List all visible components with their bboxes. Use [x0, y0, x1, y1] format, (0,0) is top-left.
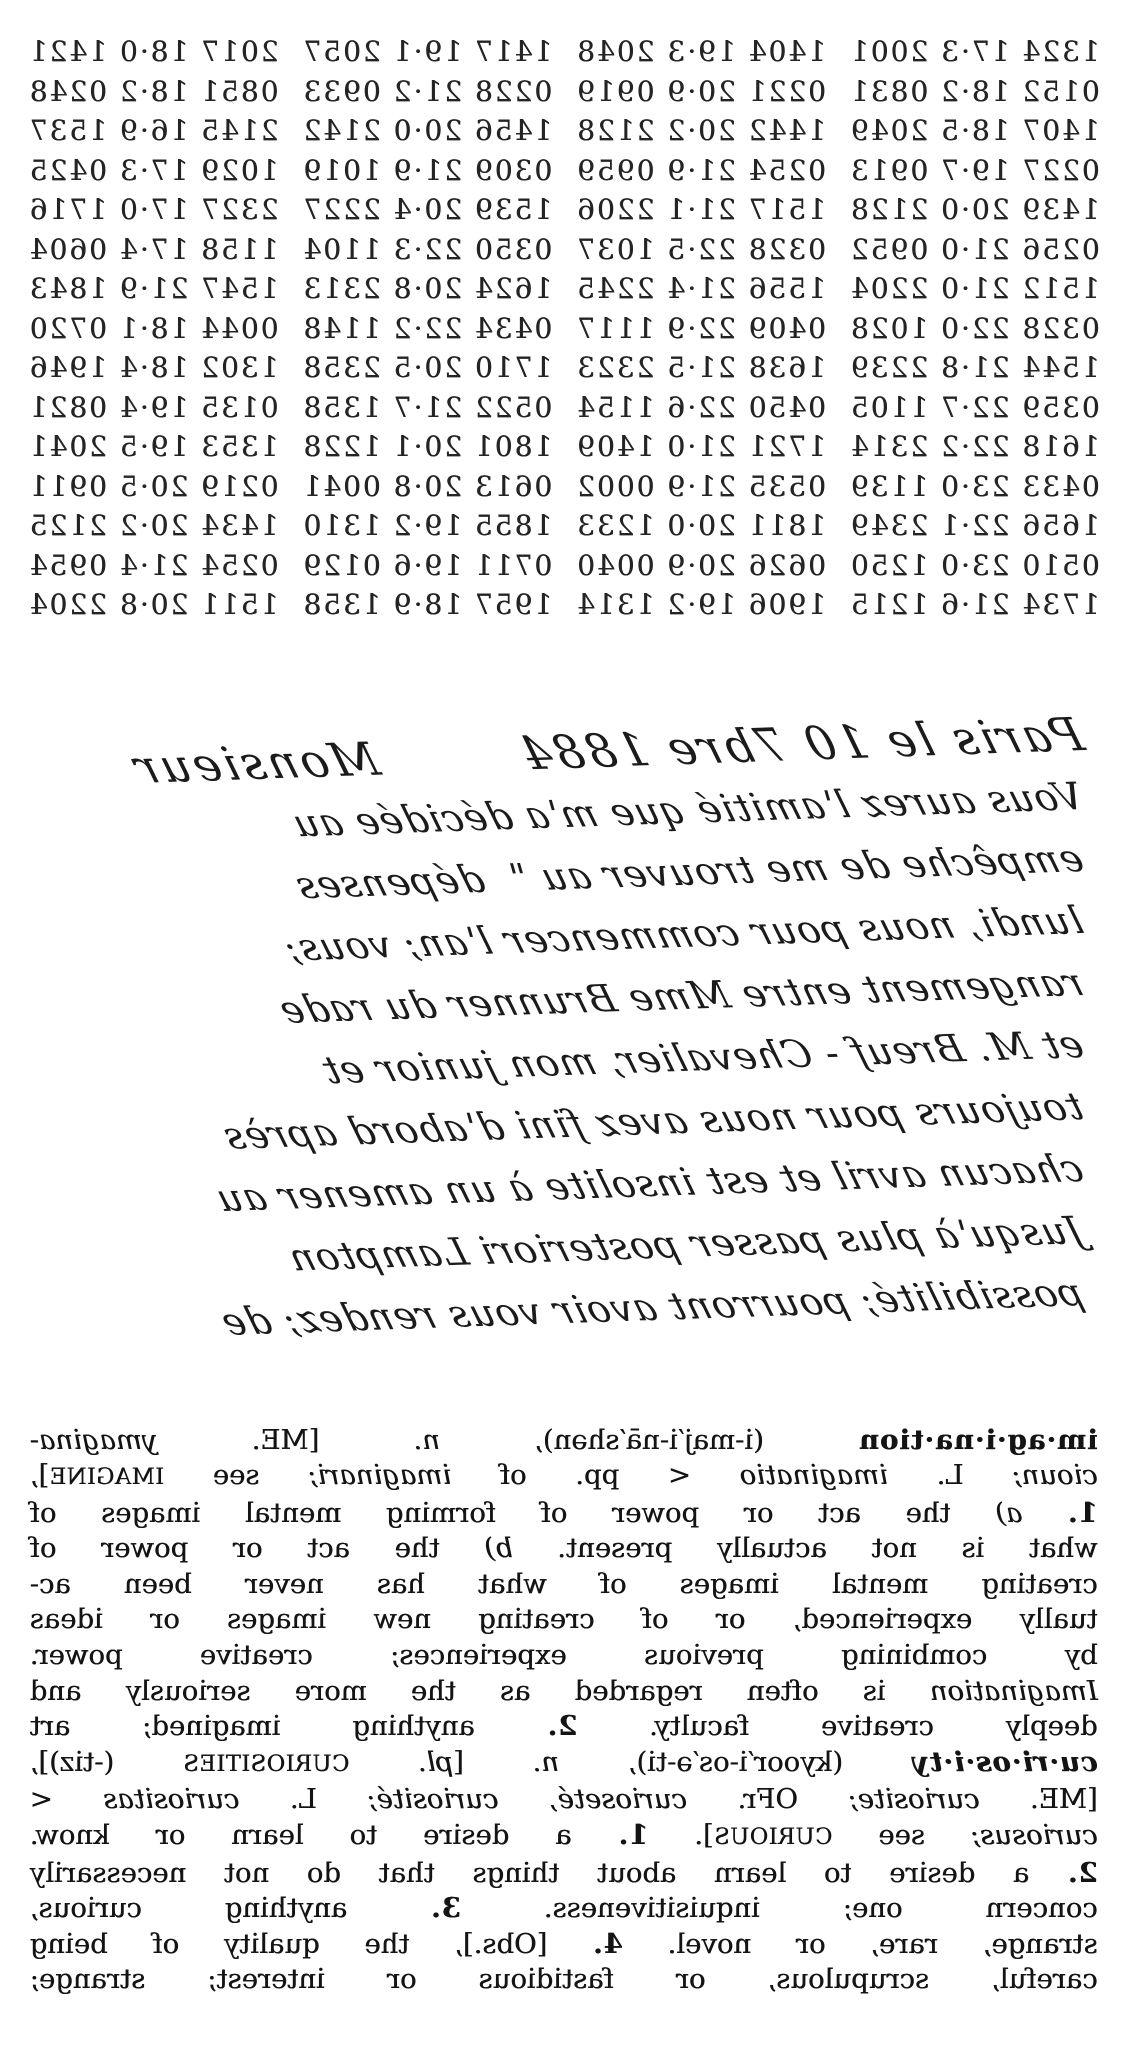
number-cell: 1656 [1021, 506, 1100, 546]
number-cell: 2327 [200, 190, 279, 230]
number-row: 015218·20831022120·90919022821·209330851… [28, 72, 1100, 112]
number-cell: 21·7 [392, 388, 462, 428]
dictionary-line: cioun; L. imaginatio < pp. of imaginari;… [30, 1458, 1098, 1496]
dictionary-segment: imaginari; [308, 1459, 451, 1491]
number-row: 022719·70913025421·90959030921·910191029… [28, 151, 1100, 191]
dictionary-segment: deeply creative faculty. [578, 1710, 1098, 1742]
number-cell: 22·7 [939, 388, 1009, 428]
dictionary-segment: cioun; [1013, 1459, 1098, 1491]
number-cell: 1154 [575, 388, 654, 428]
number-cell: 1324 [1021, 32, 1100, 72]
number-cell: 1233 [575, 506, 654, 546]
number-cell: 19·1 [392, 32, 462, 72]
dictionary-segment: by combining previous experiences; creat… [30, 1639, 1098, 1671]
number-cell: 2206 [575, 190, 654, 230]
dictionary-segment: < [30, 1783, 104, 1815]
number-cell: 0720 [28, 309, 107, 349]
number-cell: 1028 [849, 309, 928, 349]
number-cell: 0522 [473, 388, 552, 428]
number-cell: 22·2 [939, 427, 1009, 467]
number-cell: 22·0 [939, 309, 1009, 349]
number-cell: 21·0 [939, 269, 1009, 309]
number-row: 165622·12349181120·01233185519·213101434… [28, 506, 1100, 546]
number-cell: 21·9 [666, 467, 736, 507]
number-cell: 1353 [200, 427, 279, 467]
number-cell: 1407 [1021, 111, 1100, 151]
dictionary-segment: strange, rare, or novel. [623, 1928, 1098, 1960]
number-row: 132417·32001140419·32048141719·120572017… [28, 32, 1100, 72]
number-cell: 21·9 [392, 151, 462, 191]
number-cell: 0221 [747, 72, 826, 112]
dictionary-segment: curiositas [104, 1783, 240, 1815]
dictionary-segment: 2. [1067, 1857, 1098, 1889]
number-row: 043323·01139053521·90002061320·800410219… [28, 467, 1100, 507]
number-row: 154421·82239163821·52323171020·523581302… [28, 348, 1100, 388]
number-cell: 17·4 [118, 230, 188, 270]
number-cell: 0328 [747, 230, 826, 270]
number-cell: 2358 [302, 348, 381, 388]
dictionary-segment: [ [453, 1746, 532, 1778]
number-cell: 0450 [747, 388, 826, 428]
dictionary-line: careful, scrupulous, or fastidious or in… [30, 1962, 1098, 1998]
number-cell: 2057 [302, 32, 381, 72]
dictionary-segment: (kyoor′i-os′ə-ti), [559, 1746, 912, 1778]
number-cell: 19·2 [666, 585, 736, 625]
number-cell: 17·3 [939, 32, 1009, 72]
handwritten-letter: Paris le 10 7bre 1884 MonsieurVous aurez… [0, 625, 1128, 1323]
number-cell: 1148 [302, 309, 381, 349]
number-cell: 21·2 [392, 72, 462, 112]
number-cell: 20·2 [666, 111, 736, 151]
number-cell: 20·8 [118, 585, 188, 625]
dictionary-segment: a) [996, 1497, 1023, 1529]
number-cell: 1358 [302, 388, 381, 428]
number-cell: 1117 [575, 309, 654, 349]
dictionary-segment: n. [414, 1424, 440, 1456]
number-cell: 1957 [473, 585, 552, 625]
dictionary-segment: the act or power of forming mental image… [30, 1497, 996, 1529]
number-row: 161822·22314172121·01409180120·112281353… [28, 427, 1100, 467]
dictionary-segment: see [833, 1819, 972, 1851]
dictionary-segment: careful, scrupulous, or fastidious or in… [30, 1963, 1098, 1995]
number-cell: 2142 [302, 111, 381, 151]
dictionary-line: tually experienced, or of creating new i… [30, 1602, 1098, 1638]
number-cell: 18·5 [939, 111, 1009, 151]
dictionary-segment: < pp. of [451, 1459, 740, 1491]
number-cell: 1547 [200, 269, 279, 309]
number-cell: 17·3 [118, 151, 188, 191]
number-cell: 1946 [28, 348, 107, 388]
number-cell: 20·0 [392, 111, 462, 151]
dictionary-line: creating mental images of what has never… [30, 1567, 1098, 1603]
dictionary-segment: curioseté, curiosité; [368, 1783, 688, 1815]
number-cell: 1556 [747, 269, 826, 309]
number-cell: 0433 [1021, 467, 1100, 507]
dictionary-line: what is not actually present. b) the act… [30, 1531, 1098, 1567]
number-cell: 1801 [473, 427, 552, 467]
number-cell: 2128 [575, 111, 654, 151]
number-cell: 2204 [28, 585, 107, 625]
dictionary-line: concern one; inquisitiveness. 3. anythin… [30, 1891, 1098, 1927]
number-cell: 1439 [1021, 190, 1100, 230]
dictionary-segment: 1. [618, 1819, 649, 1851]
number-cell: 0350 [473, 230, 552, 270]
scanned-document-page: 132417·32001140419·32048141719·120572017… [0, 0, 1128, 2048]
dictionary-segment: im·ag·i·na·tion [858, 1424, 1098, 1456]
dictionary-segment: a desire to learn about things that do n… [30, 1857, 1067, 1889]
number-cell: 1624 [473, 269, 552, 309]
dictionary-segment: [ME. [980, 1783, 1098, 1815]
dictionary-segment: CURIOSITIES [183, 1751, 349, 1777]
dictionary-segment: Imagination [930, 1675, 1098, 1707]
number-cell: 1250 [849, 546, 928, 586]
number-cell: 1906 [747, 585, 826, 625]
number-cell: 1105 [849, 388, 928, 428]
number-row: 051023·01250062620·90040071119·601290254… [28, 546, 1100, 586]
number-cell: 22·5 [666, 230, 736, 270]
number-cell: 2048 [575, 32, 654, 72]
number-cell: 1158 [200, 230, 279, 270]
number-cell: 20·2 [118, 506, 188, 546]
number-cell: 0002 [575, 467, 654, 507]
number-cell: 21·1 [666, 190, 736, 230]
number-cell: 23·0 [939, 546, 1009, 586]
number-row: 173421·61215190619·21314195718·913581511… [28, 585, 1100, 625]
number-cell: 0248 [28, 72, 107, 112]
number-cell: 1434 [200, 506, 279, 546]
dictionary-segment: anything imagined; art [30, 1710, 547, 1742]
number-cell: 2128 [849, 190, 928, 230]
number-cell: 1811 [747, 506, 826, 546]
dictionary-segment: 1. [1067, 1497, 1098, 1529]
dictionary-segment: IMAGINE [50, 1464, 165, 1490]
number-cell: 21·8 [939, 348, 1009, 388]
number-cell: 2125 [28, 506, 107, 546]
dictionary-segment: L. [888, 1459, 1012, 1491]
dictionary-segment: 4. [592, 1928, 623, 1960]
number-cell: 18·9 [392, 585, 462, 625]
dictionary-segment: (i-maj′i-nā′shən), [440, 1424, 858, 1456]
dictionary-segment: cu·ri·os·i·ty [912, 1746, 1098, 1778]
number-cell: 2245 [575, 269, 654, 309]
number-cell: 22·1 [939, 506, 1009, 546]
number-cell: 21·0 [939, 230, 1009, 270]
dictionary-segment: [Obs.], the quality of being [30, 1928, 592, 1960]
number-cell: 21·9 [666, 151, 736, 191]
number-cell: 21·4 [666, 269, 736, 309]
number-cell: 22·2 [392, 309, 462, 349]
number-cell: 0851 [200, 72, 279, 112]
number-cell: 0919 [575, 72, 654, 112]
number-cell: 20·9 [666, 72, 736, 112]
number-cell: 2049 [849, 111, 928, 151]
dictionary-column: im·ag·i·na·tion (i-maj′i-nā′shən), n. [M… [0, 1323, 1128, 1999]
number-cell: 1537 [28, 111, 107, 151]
dictionary-segment: anything curious, [30, 1892, 430, 1924]
number-cell: 0129 [302, 546, 381, 586]
mirrored-scan: 132417·32001140419·32048141719·120572017… [0, 0, 1128, 2048]
number-cell: 1314 [575, 585, 654, 625]
number-cell: 1855 [473, 506, 552, 546]
number-cell: 0256 [1021, 230, 1100, 270]
number-cell: 19·6 [392, 546, 462, 586]
number-cell: 23·0 [939, 467, 1009, 507]
number-cell: 1139 [849, 467, 928, 507]
number-cell: 1019 [302, 151, 381, 191]
dictionary-segment: a desire to learn or know. [30, 1819, 618, 1851]
number-cell: 0135 [200, 388, 279, 428]
number-cell: 17·0 [118, 190, 188, 230]
number-cell: 20·1 [392, 427, 462, 467]
number-row: 035922·71105045022·61154052221·713580135… [28, 388, 1100, 428]
number-cell: 0510 [1021, 546, 1100, 586]
dictionary-segment: see [164, 1459, 308, 1491]
number-cell: 1404 [747, 32, 826, 72]
number-cell: 22·9 [666, 309, 736, 349]
dictionary-segment: curiosus; [971, 1819, 1098, 1851]
number-cell: 20·8 [392, 269, 462, 309]
dictionary-segment: concern one; inquisitiveness. [461, 1892, 1098, 1924]
dictionary-segment: tually experienced, or of creating new i… [30, 1603, 1098, 1635]
number-cell: 1456 [473, 111, 552, 151]
number-cell: 0913 [849, 151, 928, 191]
number-cell: 1544 [1021, 348, 1100, 388]
number-row: 143920·02128151721·12206153920·422272327… [28, 190, 1100, 230]
dictionary-segment: 2. [547, 1710, 578, 1742]
number-cell: 0959 [575, 151, 654, 191]
number-cell: 0613 [473, 467, 552, 507]
number-cell: 20·9 [666, 546, 736, 586]
dictionary-segment: creating mental images of what has never… [30, 1568, 1098, 1600]
number-cell: 1511 [200, 585, 279, 625]
number-row: 032822·01028040922·91117043422·211480044… [28, 309, 1100, 349]
number-cell: 0434 [473, 309, 552, 349]
number-row: 025621·00952032822·51037035022·311041158… [28, 230, 1100, 270]
number-cell: 1037 [575, 230, 654, 270]
number-cell: 20·8 [392, 467, 462, 507]
number-cell: 1618 [1021, 427, 1100, 467]
dictionary-segment [1023, 1497, 1068, 1529]
number-cell: 1716 [28, 190, 107, 230]
dictionary-segment: is often regarded as the more seriously … [30, 1675, 930, 1707]
number-cell: 18·2 [118, 72, 188, 112]
number-row: 151221·02204155621·42245162420·823131547… [28, 269, 1100, 309]
dictionary-line: by combining previous experiences; creat… [30, 1638, 1098, 1674]
dictionary-line: strange, rare, or novel. 4. [Obs.], the … [30, 1927, 1098, 1963]
number-cell: 16·9 [118, 111, 188, 151]
number-cell: 1228 [302, 427, 381, 467]
dictionary-segment: imaginatio [740, 1459, 888, 1491]
number-cell: 19·4 [118, 388, 188, 428]
number-cell: 20·0 [666, 506, 736, 546]
number-cell: 0254 [747, 151, 826, 191]
number-cell: 2313 [302, 269, 381, 309]
number-cell: 2001 [849, 32, 928, 72]
number-cell: 0040 [575, 546, 654, 586]
number-cell: 1421 [28, 32, 107, 72]
tide-number-table: 132417·32001140419·32048141719·120572017… [0, 0, 1128, 625]
dictionary-segment: ymagina- [30, 1424, 158, 1456]
number-cell: 1442 [747, 111, 826, 151]
dictionary-segment: ]. [649, 1819, 714, 1851]
number-cell: 19·7 [939, 151, 1009, 191]
number-cell: 2204 [849, 269, 928, 309]
dictionary-segment: 3. [430, 1892, 461, 1924]
number-cell: 2314 [849, 427, 928, 467]
number-cell: 2349 [849, 506, 928, 546]
number-cell: 0041 [302, 467, 381, 507]
dictionary-segment: pl. [418, 1746, 453, 1778]
number-cell: 0309 [473, 151, 552, 191]
number-cell: 1029 [200, 151, 279, 191]
number-cell: 1358 [302, 585, 381, 625]
dictionary-segment [350, 1746, 419, 1778]
number-cell: 18·2 [939, 72, 1009, 112]
number-cell: 0359 [1021, 388, 1100, 428]
number-cell: 21·6 [939, 585, 1009, 625]
dictionary-segment: ], [30, 1459, 49, 1491]
number-cell: 1734 [1021, 585, 1100, 625]
number-cell: 1310 [302, 506, 381, 546]
number-cell: 0933 [302, 72, 381, 112]
number-cell: 19·3 [666, 32, 736, 72]
number-cell: 0604 [28, 230, 107, 270]
number-cell: 18·0 [118, 32, 188, 72]
number-cell: 0228 [473, 72, 552, 112]
dictionary-line: 1. a) the act or power of forming mental… [30, 1496, 1098, 1532]
number-cell: 18·4 [118, 348, 188, 388]
dictionary-segment: (-tiz)], [30, 1746, 183, 1778]
number-cell: 21·9 [118, 269, 188, 309]
dictionary-line: [ME. curiosite; OFr. curioseté, curiosit… [30, 1782, 1098, 1818]
number-cell: 0044 [200, 309, 279, 349]
number-cell: 1512 [1021, 269, 1100, 309]
dictionary-segment: b) [485, 1532, 513, 1564]
number-cell: 20·4 [392, 190, 462, 230]
dictionary-segment: OFr. [687, 1783, 848, 1815]
number-cell: 1710 [473, 348, 552, 388]
number-cell: 0821 [28, 388, 107, 428]
number-cell: 1104 [302, 230, 381, 270]
number-cell: 2041 [28, 427, 107, 467]
dictionary-line: cu·ri·os·i·ty (kyoor′i-os′ə-ti), n. [pl.… [30, 1745, 1098, 1783]
number-cell: 1302 [200, 348, 279, 388]
number-cell: 1517 [747, 190, 826, 230]
number-cell: 0219 [200, 467, 279, 507]
number-cell: 20·5 [392, 348, 462, 388]
number-cell: 0409 [747, 309, 826, 349]
number-cell: 0626 [747, 546, 826, 586]
number-cell: 22·3 [392, 230, 462, 270]
number-cell: 2145 [200, 111, 279, 151]
number-cell: 19·2 [392, 506, 462, 546]
number-cell: 1215 [849, 585, 928, 625]
number-cell: 2227 [302, 190, 381, 230]
dictionary-line: Imagination is often regarded as the mor… [30, 1674, 1098, 1710]
number-cell: 0227 [1021, 151, 1100, 191]
number-cell: 1843 [28, 269, 107, 309]
number-cell: 19·5 [118, 427, 188, 467]
dictionary-line: deeply creative faculty. 2. anything ima… [30, 1709, 1098, 1745]
number-cell: 18·1 [118, 309, 188, 349]
number-cell: 0254 [200, 546, 279, 586]
number-cell: 0425 [28, 151, 107, 191]
number-cell: 0711 [473, 546, 552, 586]
number-cell: 2239 [849, 348, 928, 388]
number-cell: 21·5 [666, 348, 736, 388]
dictionary-line: im·ag·i·na·tion (i-maj′i-nā′shən), n. [M… [30, 1423, 1098, 1459]
dictionary-segment: the act or power of [30, 1532, 485, 1564]
number-cell: 20·5 [118, 467, 188, 507]
number-cell: 2017 [200, 32, 279, 72]
number-cell: 0831 [849, 72, 928, 112]
number-cell: 21·0 [666, 427, 736, 467]
number-cell: 0535 [747, 467, 826, 507]
dictionary-segment: what is not actually present. [513, 1532, 1098, 1564]
dictionary-segment: [ME. [158, 1424, 414, 1456]
number-row: 140718·52049144220·22128145620·021422145… [28, 111, 1100, 151]
number-cell: 0952 [849, 230, 928, 270]
number-cell: 20·0 [939, 190, 1009, 230]
number-cell: 21·4 [118, 546, 188, 586]
number-cell: 0911 [28, 467, 107, 507]
number-cell: 22·6 [666, 388, 736, 428]
dictionary-segment: n. [533, 1746, 559, 1778]
number-cell: 0954 [28, 546, 107, 586]
dictionary-line: 2. a desire to learn about things that d… [30, 1856, 1098, 1892]
number-cell: 2323 [575, 348, 654, 388]
number-cell: 0328 [1021, 309, 1100, 349]
number-cell: 1409 [575, 427, 654, 467]
dictionary-segment: L. [240, 1783, 368, 1815]
dictionary-line: curiosus; see CURIOUS]. 1. a desire to l… [30, 1818, 1098, 1856]
number-cell: 1539 [473, 190, 552, 230]
number-cell: 1638 [747, 348, 826, 388]
dictionary-segment: curiosite; [849, 1783, 980, 1815]
number-cell: 1721 [747, 427, 826, 467]
number-cell: 0152 [1021, 72, 1100, 112]
dictionary-segment: CURIOUS [714, 1824, 833, 1850]
number-cell: 1417 [473, 32, 552, 72]
